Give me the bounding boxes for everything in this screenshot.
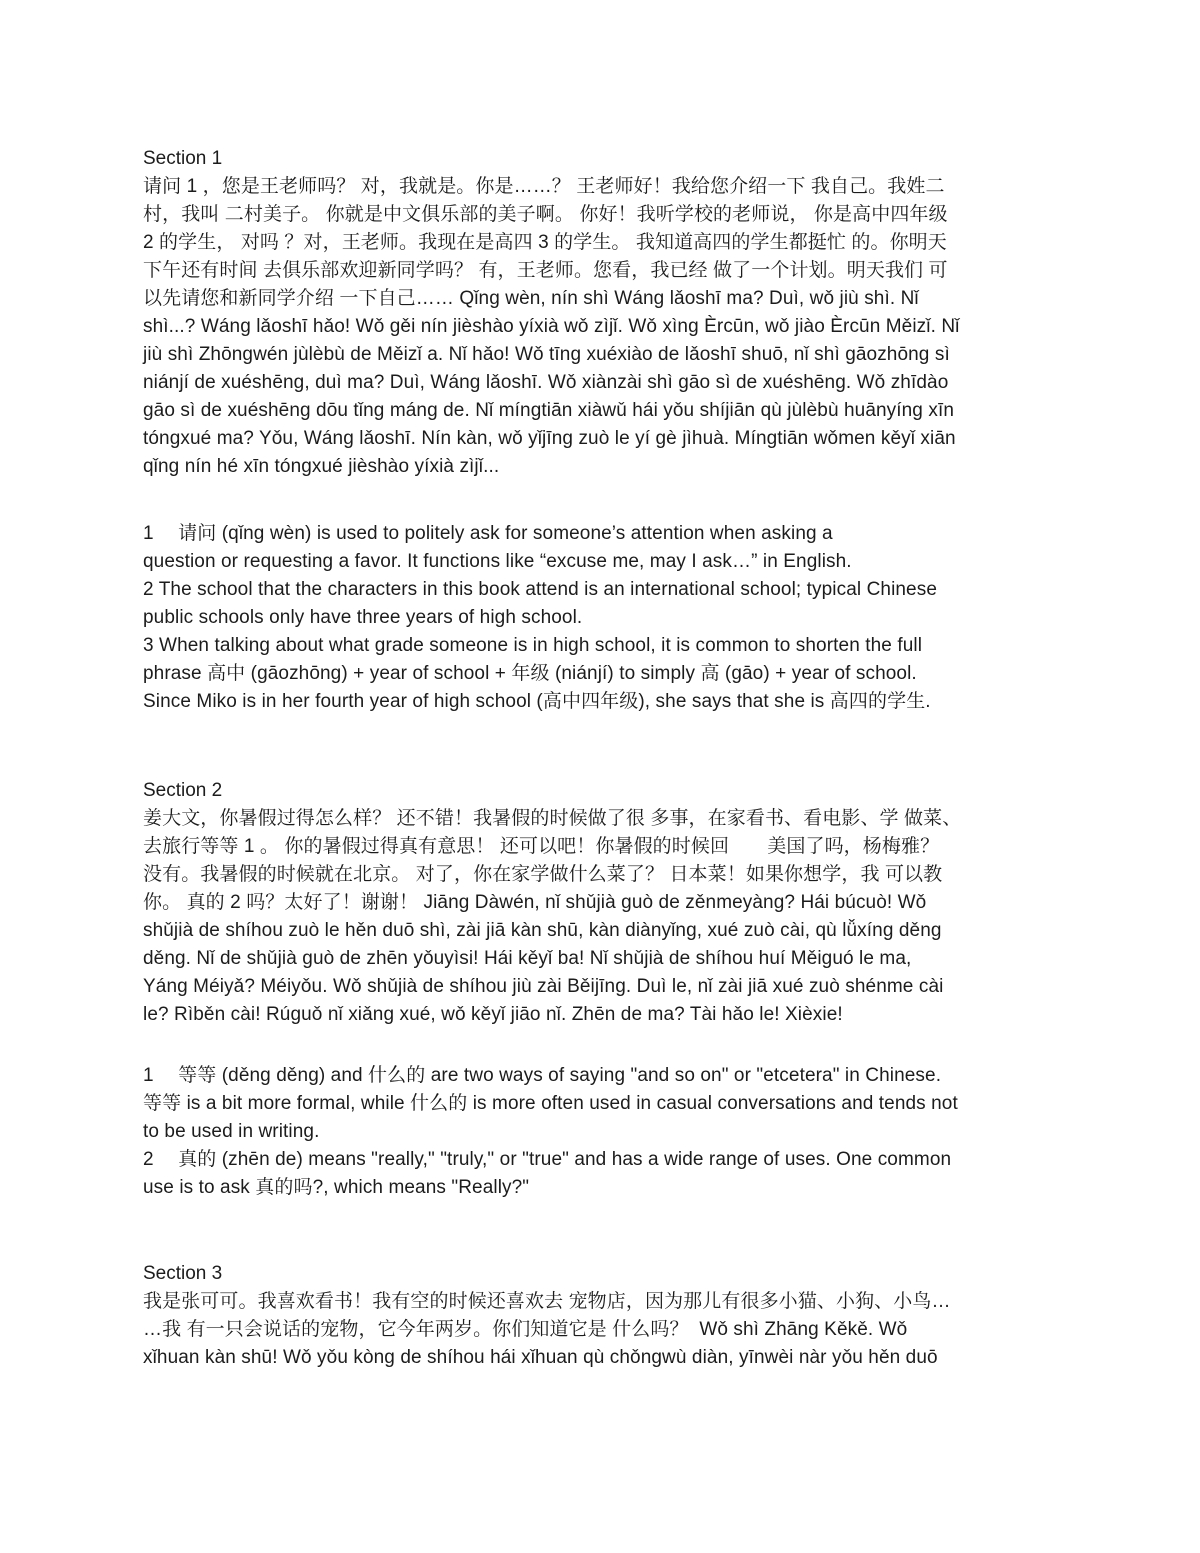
- section-2-footnotes: 1 等等 (děng děng) and 什么的 are two ways of…: [143, 1062, 1060, 1202]
- section-3-title: Section 3: [143, 1260, 1060, 1288]
- section-1-footnotes: 1 请问 (qǐng wèn) is used to politely ask …: [143, 520, 1060, 716]
- document-page: Section 1 请问 1 ，您是王老师吗？ 对，我就是。你是……？ 王老师好…: [0, 0, 1200, 1553]
- section-1-title: Section 1: [143, 145, 1060, 173]
- section-3-dialogue-text: 我是张可可。我喜欢看书！我有空的时候还喜欢去 宠物店，因为那儿有很多小猫、小狗、…: [143, 1288, 1060, 1372]
- section-3: Section 3 我是张可可。我喜欢看书！我有空的时候还喜欢去 宠物店，因为那…: [143, 1260, 1060, 1372]
- section-1-dialogue-text: 请问 1 ，您是王老师吗？ 对，我就是。你是……？ 王老师好！我给您介绍一下 我…: [143, 173, 1060, 481]
- section-2-dialogue-text: 姜大文，你暑假过得怎么样？ 还不错！我暑假的时候做了很 多事，在家看书、看电影、…: [143, 805, 1060, 1029]
- section-2: Section 2 姜大文，你暑假过得怎么样？ 还不错！我暑假的时候做了很 多事…: [143, 777, 1060, 1202]
- section-1: Section 1 请问 1 ，您是王老师吗？ 对，我就是。你是……？ 王老师好…: [143, 145, 1060, 716]
- section-2-title: Section 2: [143, 777, 1060, 805]
